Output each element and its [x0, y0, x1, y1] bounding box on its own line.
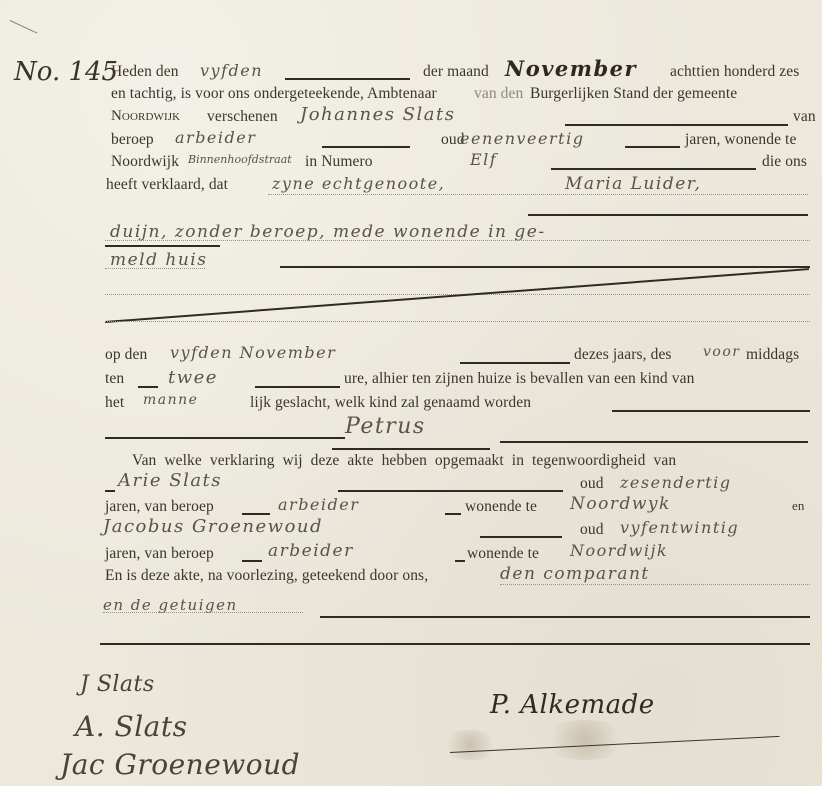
paper-stain: [440, 730, 500, 760]
print-text: lijk geslacht, welk kind zal genaamd wor…: [250, 394, 531, 412]
handwritten-occupation: arbeider: [175, 128, 256, 147]
print-text: en tachtig, is voor ons ondergeteekende,…: [111, 85, 437, 103]
handwritten-day: vyfden: [200, 61, 263, 80]
print-text: oud: [580, 475, 604, 493]
print-text: jaren, van beroep: [105, 545, 214, 563]
print-text: oud: [580, 521, 604, 539]
handwritten-mother-name: Maria Luider,: [565, 174, 701, 194]
print-text: in Numero: [305, 153, 373, 171]
fill-rule: [528, 214, 808, 216]
print-text: dezes jaars, des: [574, 346, 672, 364]
handwritten-text: duijn, zonder beroep, mede wonende in ge…: [110, 222, 546, 242]
fill-rule: [445, 513, 461, 515]
print-text: achttien honderd zes: [670, 63, 799, 81]
print-text: Van welke verklaring wij deze akte hebbe…: [132, 452, 676, 470]
dotted-line: [105, 321, 810, 322]
handwritten-birth-date: vyfden November: [170, 343, 336, 362]
fill-rule: [565, 124, 788, 126]
fill-rule: [460, 362, 570, 364]
handwritten-witness1-residence: Noordwyk: [570, 494, 671, 514]
fill-rule: [500, 441, 808, 443]
fill-rule: [480, 536, 562, 538]
dotted-line: [268, 194, 808, 195]
handwritten-witness1-occupation: arbeider: [278, 495, 359, 514]
fill-rule: [551, 168, 756, 170]
fill-rule: [105, 437, 345, 439]
signature-declarant: J Slats: [80, 672, 155, 697]
print-text-municipality: Noordwijk: [111, 108, 180, 125]
handwritten-month: November: [505, 56, 637, 81]
handwritten-mother-text: zyne echtgenoote,: [272, 174, 445, 193]
fill-rule: [338, 490, 563, 492]
print-text: verschenen: [207, 108, 278, 126]
handwritten-witness1-name: Arie Slats: [118, 470, 222, 491]
print-text: wonende te: [467, 545, 539, 563]
fill-rule: [280, 266, 810, 268]
print-text: jaren, wonende te: [685, 131, 796, 149]
print-text: op den: [105, 346, 147, 364]
print-text: Noordwijk: [111, 153, 179, 171]
fill-rule: [105, 245, 220, 247]
dotted-line: [500, 584, 810, 585]
handwritten-witness2-age: vyfentwintig: [620, 518, 739, 537]
print-text: ten: [105, 370, 124, 388]
signature-witness2: Jac Groenewoud: [60, 748, 300, 781]
handwritten-witness1-age: zesendertig: [620, 473, 732, 492]
fill-rule: [255, 386, 340, 388]
fill-rule: [322, 146, 410, 148]
fill-rule: [455, 560, 465, 562]
dotted-line: [105, 240, 810, 241]
handwritten-witness2-residence: Noordwijk: [570, 541, 668, 560]
fill-rule: [242, 513, 270, 515]
fill-rule: [138, 386, 158, 388]
dotted-line: [105, 268, 205, 269]
handwritten-hour: twee: [168, 367, 218, 388]
handwritten-signers: den comparant: [500, 564, 650, 584]
handwritten-street: Binnenhoofdstraat: [188, 153, 292, 166]
handwritten-declarant-name: Johannes Slats: [300, 104, 455, 125]
print-text-faint: van den: [474, 85, 523, 103]
print-text: van: [793, 108, 816, 126]
print-text: jaren, van beroep: [105, 498, 214, 516]
print-text: En is deze akte, na voorlezing, geteeken…: [105, 567, 428, 585]
fill-rule: [612, 410, 810, 412]
handwritten-am-pm: voor: [703, 344, 740, 360]
dotted-line: [103, 612, 303, 613]
print-text: ure, alhier ten zijnen huize is bevallen…: [344, 370, 694, 388]
fill-rule: [320, 616, 810, 618]
paper-stain: [540, 720, 630, 760]
print-text: Heden den: [111, 63, 179, 81]
signature-official: P. Alkemade: [490, 690, 655, 720]
print-text: Burgerlijken Stand der gemeente: [530, 85, 737, 103]
handwritten-text: meld huis: [110, 250, 207, 270]
print-text: en: [792, 498, 804, 514]
handwritten-child-name: Petrus: [345, 414, 426, 439]
handwritten-witness2-name: Jacobus Groenewoud: [103, 516, 323, 537]
print-text: die ons: [762, 153, 807, 171]
handwritten-age: eenenveertig: [460, 129, 584, 148]
print-text: heeft verklaard, dat: [106, 176, 228, 194]
print-text: het: [105, 394, 124, 412]
record-number: No. 145: [14, 57, 118, 87]
fill-rule: [285, 78, 410, 80]
fill-rule: [105, 490, 115, 492]
print-text: beroep: [111, 131, 154, 149]
fill-rule: [332, 448, 490, 450]
fill-rule: [242, 560, 262, 562]
print-text: middags: [746, 346, 799, 364]
handwritten-house-number: Elf: [470, 150, 497, 169]
fill-rule: [100, 643, 810, 645]
fill-rule: [625, 146, 680, 148]
handwritten-witness2-occupation: arbeider: [268, 541, 354, 561]
print-text: wonende te: [465, 498, 537, 516]
handwritten-sex: manne: [143, 392, 198, 408]
signature-witness1: A. Slats: [75, 710, 187, 743]
print-text: der maand: [423, 63, 489, 81]
